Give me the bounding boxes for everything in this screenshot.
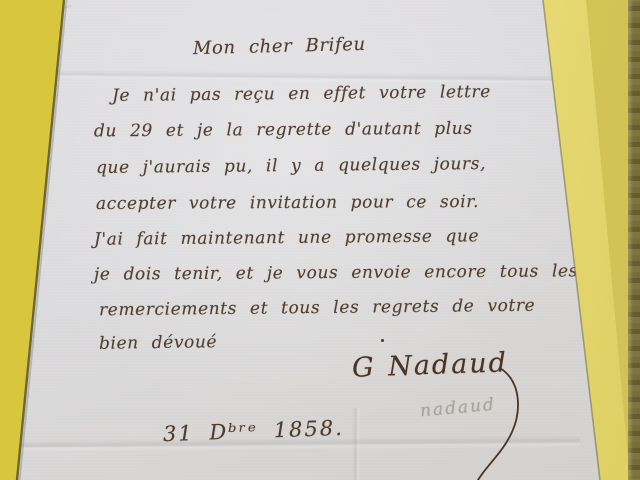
letter-paper: Mon cher Brifeu Je n'ai pas reçu en effe… [0, 0, 640, 480]
date-line: 31 Dᵇʳᵉ 1858. [163, 416, 345, 446]
pencil-annotation: nadaud [419, 395, 496, 422]
body-line: accepter votre invitation pour ce soir. [96, 192, 479, 214]
paper-crease-vertical [352, 408, 360, 480]
signature: G Nadaud [352, 347, 509, 383]
folder-deckle-edge [628, 0, 640, 480]
closing-line: bien dévoué [99, 332, 217, 354]
body-line: J'ai fait maintenant une promesse que [94, 226, 479, 249]
body-line: du 29 et je la regrette d'autant plus [94, 119, 473, 142]
faint-pencil-marks [0, 0, 90, 14]
body-line: Je n'ai pas reçu en effet votre lettre [112, 82, 491, 106]
body-line: je dois tenir, et je vous envoie encore … [94, 261, 578, 284]
body-line: remerciements et tous les regrets de vot… [99, 296, 535, 321]
salutation: Mon cher Brifeu [193, 34, 366, 59]
body-line: que j'aurais pu, il y a quelques jours, [96, 154, 486, 178]
ink-spot [381, 339, 384, 342]
letter-photo: Mon cher Brifeu Je n'ai pas reçu en effe… [0, 0, 640, 480]
